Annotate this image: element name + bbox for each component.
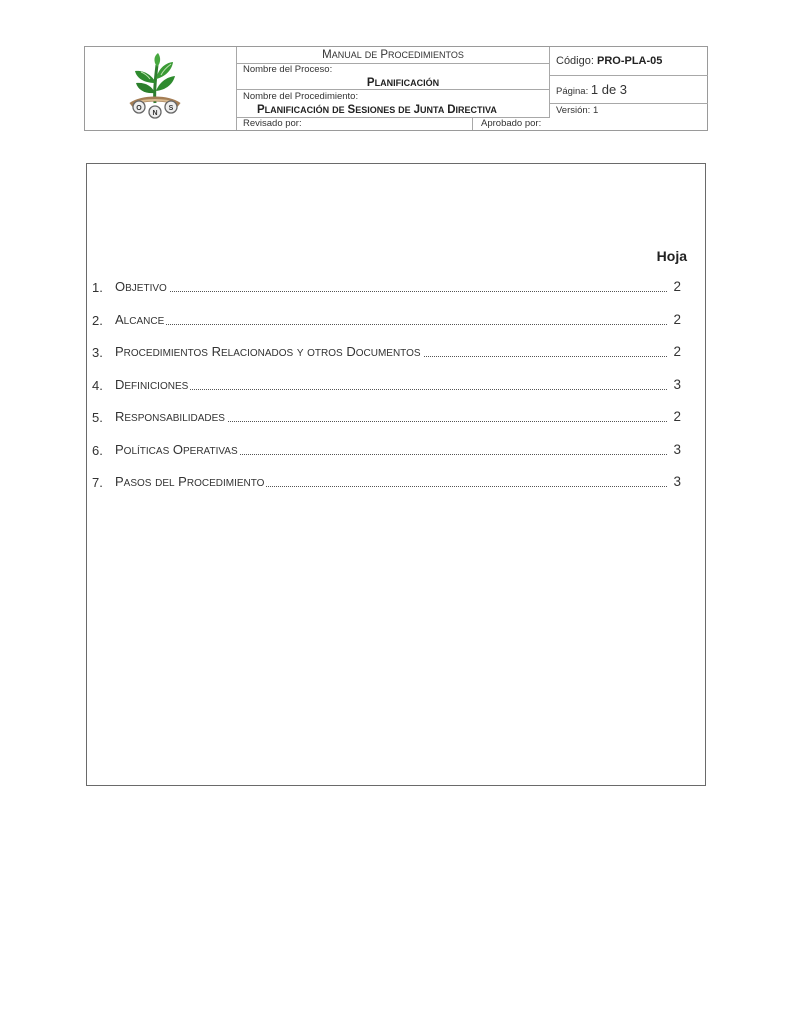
toc-entry-page: 3 [673,474,681,489]
toc-entry-page: 2 [673,279,681,294]
approved-by-label: Aprobado por: [473,118,707,130]
version-label: Versión: [556,105,590,116]
smallcaps-text: PLANIFICACIÓN [367,77,439,89]
version-value: 1 [593,105,598,116]
page-value: 1 de 3 [591,82,627,97]
toc-entry-title-text: PASOS DEL PROCEDIMIENTO [115,474,266,489]
table-of-contents: 1.OBJETIVO22.ALCANCE23.PROCEDIMIENTOS RE… [87,277,707,505]
page-label: Página: [556,86,588,97]
toc-entry-number: 5. [92,410,103,425]
page-indicator: Página: 1 de 3 [550,76,708,104]
toc-entry-title-text: DEFINICIONES [115,377,190,392]
toc-entry-title[interactable]: ALCANCE [115,310,667,330]
toc-entry-page: 2 [673,344,681,359]
toc-entry-title[interactable]: PROCEDIMIENTOS RELACIONADOS Y OTROS DOCU… [115,342,667,362]
document-header: O N S MANUAL DE PROCEDIMIENTOS Nombre de… [84,46,708,131]
toc-entry-page: 2 [673,312,681,327]
toc-entry-page: 3 [673,442,681,457]
toc-entry[interactable]: 6.POLÍTICAS OPERATIVAS3 [87,440,707,473]
toc-entry-title[interactable]: PASOS DEL PROCEDIMIENTO [115,472,667,492]
toc-entry-title-text: ALCANCE [115,312,166,327]
smallcaps-text: MANUAL DE PROCEDIMIENTOS [322,49,464,61]
procedure-label: Nombre del Procedimiento: [237,90,549,103]
toc-entry-number: 4. [92,378,103,393]
toc-entry-title[interactable]: RESPONSABILIDADES [115,407,667,427]
version-indicator: Versión: 1 [550,104,708,118]
toc-entry[interactable]: 7.PASOS DEL PROCEDIMIENTO3 [87,472,707,505]
header-right-section: Código: PRO-PLA-05 Página: 1 de 3 Versió… [549,47,708,118]
toc-entry-page: 3 [673,377,681,392]
toc-entry-number: 7. [92,475,103,490]
toc-entry-title[interactable]: DEFINICIONES [115,375,667,395]
logo-cell: O N S [85,47,237,130]
code-value: PRO-PLA-05 [597,55,662,67]
svg-text:N: N [152,110,157,117]
toc-entry[interactable]: 1.OBJETIVO2 [87,277,707,310]
content-frame: Hoja 1.OBJETIVO22.ALCANCE23.PROCEDIMIENT… [86,163,706,786]
procedure-value: PLANIFICACIÓN DE SESIONES DE JUNTA DIREC… [237,103,549,118]
code-label: Código: [556,55,594,67]
process-value: PLANIFICACIÓN [237,76,549,90]
svg-text:S: S [169,105,174,112]
toc-entry-number: 1. [92,280,103,295]
toc-entry-title-text: PROCEDIMIENTOS RELACIONADOS Y OTROS DOCU… [115,344,423,359]
document-code: Código: PRO-PLA-05 [550,47,708,76]
toc-entry-page: 2 [673,409,681,424]
toc-entry[interactable]: 3.PROCEDIMIENTOS RELACIONADOS Y OTROS DO… [87,342,707,375]
toc-entry-number: 6. [92,443,103,458]
toc-entry-title-text: OBJETIVO [115,279,169,294]
process-label: Nombre del Proceso: [237,63,549,76]
smallcaps-text: PLANIFICACIÓN DE SESIONES DE JUNTA DIREC… [257,104,497,116]
manual-title: MANUAL DE PROCEDIMIENTOS [237,47,549,64]
toc-entry[interactable]: 4.DEFINICIONES3 [87,375,707,408]
svg-text:O: O [136,105,142,112]
toc-page-column-header: Hoja [657,248,687,264]
toc-entry-number: 2. [92,313,103,328]
plant-leaves-logo-icon: O N S [127,53,183,119]
toc-entry-title[interactable]: OBJETIVO [115,277,667,297]
toc-entry-number: 3. [92,345,103,360]
reviewed-by-label: Revisado por: [237,118,473,130]
toc-entry-title-text: POLÍTICAS OPERATIVAS [115,442,240,457]
toc-entry-title-text: RESPONSABILIDADES [115,409,227,424]
toc-entry-title[interactable]: POLÍTICAS OPERATIVAS [115,440,667,460]
toc-entry[interactable]: 2.ALCANCE2 [87,310,707,343]
toc-entry[interactable]: 5.RESPONSABILIDADES2 [87,407,707,440]
